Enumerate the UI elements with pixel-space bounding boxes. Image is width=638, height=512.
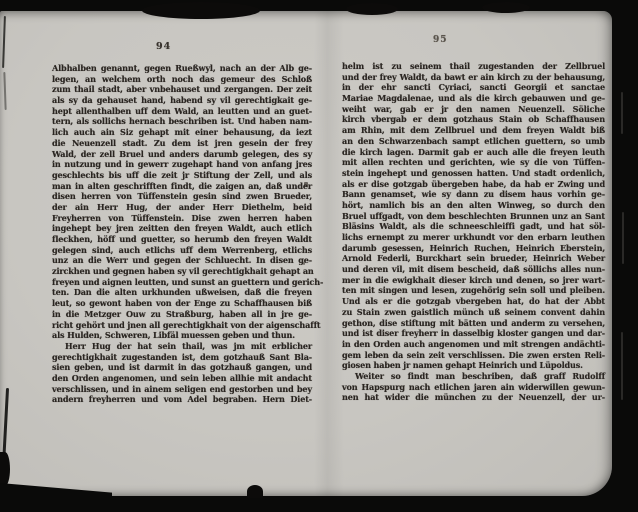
text-line: ten mit singen und lesen, zugehörig sein…	[342, 285, 605, 296]
text-line: weiht war, gab er jr den namen Neuenzell…	[342, 104, 605, 115]
text-line: in den Orden auch angenomen und mit stre…	[342, 339, 605, 350]
text-line: Bläsins Waldt, als die schneeschleiffi g…	[342, 221, 605, 232]
text-line: an den Schwarzenbach sampt etlichen guet…	[342, 136, 605, 147]
text-line: am Rhin, mit dem Zellbruel und dem freye…	[342, 125, 605, 136]
text-line: stein ingehept und genossen hatten. Und …	[342, 168, 605, 179]
text-line: nen hat wider die münchen zu der Neuenze…	[342, 392, 605, 403]
text-line: und deren vil, mit disem bescheid, daß s…	[342, 264, 605, 275]
text-line: gethon, dise stiftung mit bätten und and…	[342, 318, 605, 329]
right-page: 95 helm ist zu seinem thail zugestanden …	[0, 0, 638, 512]
text-line: Mariae Magdalenae, und als die kirch geb…	[342, 93, 605, 104]
text-line: Bann genamset, wie sy dann zu disem haus…	[342, 189, 605, 200]
text-line: Und als er die gotzgab vbergeben hat, do…	[342, 296, 605, 307]
text-line: Arnold Federli, Burckhart sein brueder, …	[342, 253, 605, 264]
text-line: von Hapspurg nach etlichen jaren ain wid…	[342, 382, 605, 393]
text-line: und ist diser freyherr in dasselbig klos…	[342, 328, 605, 339]
text-line: gem leben da sein zeit verschlissen. Die…	[342, 350, 605, 361]
text-line: als er dise gotzgab übergeben habe, da h…	[342, 179, 605, 190]
text-line: und der frey Waldt, da bawt er ain kirch…	[342, 72, 605, 83]
text-line: giosen haben jr namen gehapt Heinrich un…	[342, 360, 605, 371]
right-page-text: helm ist zu seinem thail zugestanden der…	[342, 61, 605, 403]
text-line: helm ist zu seinem thail zugestanden der…	[342, 61, 605, 72]
text-line: kirch vbergab er dem gotzhaus Stain ob S…	[342, 114, 605, 125]
text-line: mer in die ewigkhait dieser kirch und de…	[342, 275, 605, 286]
right-page-number: 95	[433, 35, 448, 45]
text-line: zu Stain zwen gaistlich münch uß seinem …	[342, 307, 605, 318]
text-line: hört, namlich bis an den alten Winweg, s…	[342, 200, 605, 211]
text-line: die kirch lagen. Darmit gab er auch alle…	[342, 147, 605, 158]
text-line: in der ehr sancti Cyriaci, sancti Georgi…	[342, 82, 605, 93]
scanned-book-spread: { "colors": { "background": "#0a0a09", "…	[0, 0, 638, 512]
text-line: mit allen rechten und gerichten, wie sy …	[342, 157, 605, 168]
text-line: Bruel uffgadt, von dem beschlechten Brun…	[342, 211, 605, 222]
text-line: Weiter so findt man beschriben, daß graf…	[342, 371, 605, 382]
text-line: lichs ernempt zu merer urkhundt vor den …	[342, 232, 605, 243]
text-line: darumb gesessen, Heinrich Ruchen, Heinri…	[342, 243, 605, 254]
